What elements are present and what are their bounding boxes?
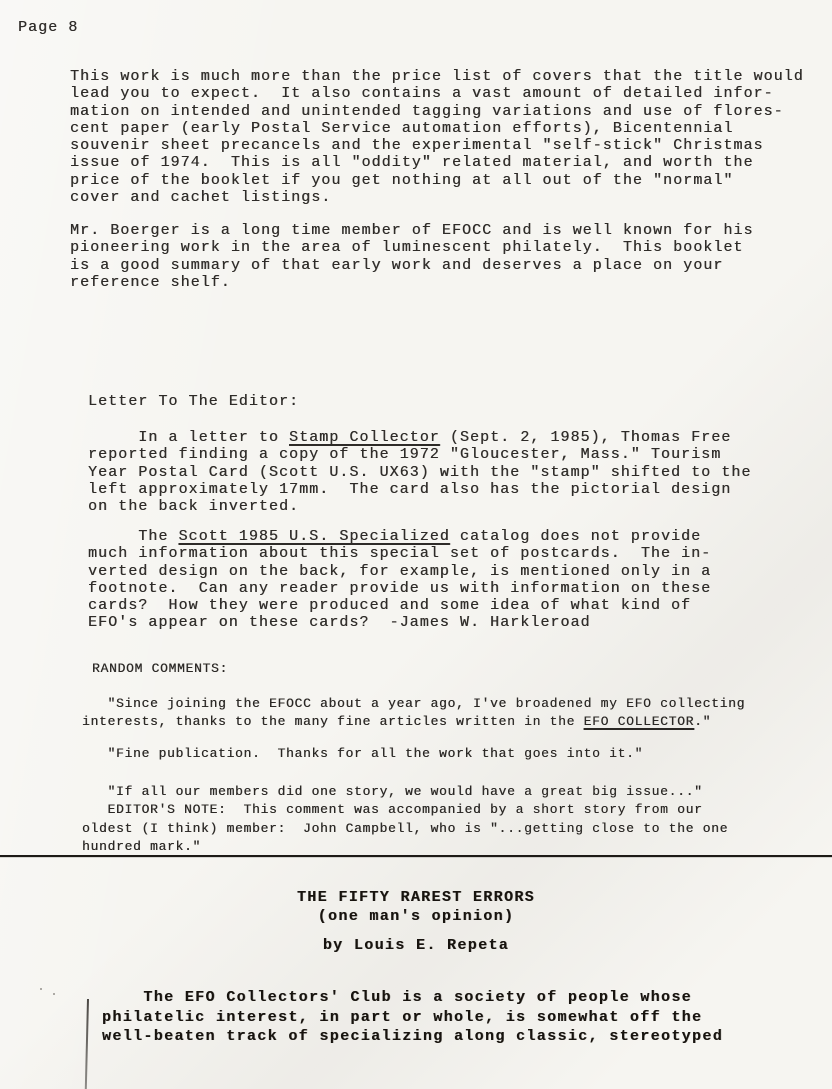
comment-2: "Fine publication. Thanks for all the wo… (82, 745, 643, 763)
article-title: THE FIFTY RAREST ERRORS (0, 888, 832, 908)
scan-speck (40, 988, 42, 990)
scan-fold-line-artifact (85, 999, 89, 1089)
article-subtitle: (one man's opinion) (0, 907, 832, 927)
review-paragraph-1: This work is much more than the price li… (70, 68, 804, 206)
letter-paragraph-2: The Scott 1985 U.S. Specialized catalog … (88, 528, 711, 632)
comments-section-heading: RANDOM COMMENTS: (92, 660, 228, 678)
scanned-newsletter-page: Page 8 This work is much more than the p… (0, 0, 832, 1089)
letter-paragraph-1: In a letter to Stamp Collector (Sept. 2,… (88, 429, 751, 515)
comment-3: "If all our members did one story, we wo… (82, 783, 728, 857)
scan-speck (53, 993, 55, 995)
letter-section-heading: Letter To The Editor: (88, 393, 299, 410)
comment-1: "Since joining the EFOCC about a year ag… (82, 695, 745, 732)
section-divider-rule (0, 855, 832, 857)
article-byline: by Louis E. Repeta (0, 936, 832, 956)
review-paragraph-2: Mr. Boerger is a long time member of EFO… (70, 222, 754, 291)
article-paragraph: The EFO Collectors' Club is a society of… (102, 988, 723, 1047)
page-number: Page 8 (18, 19, 78, 36)
